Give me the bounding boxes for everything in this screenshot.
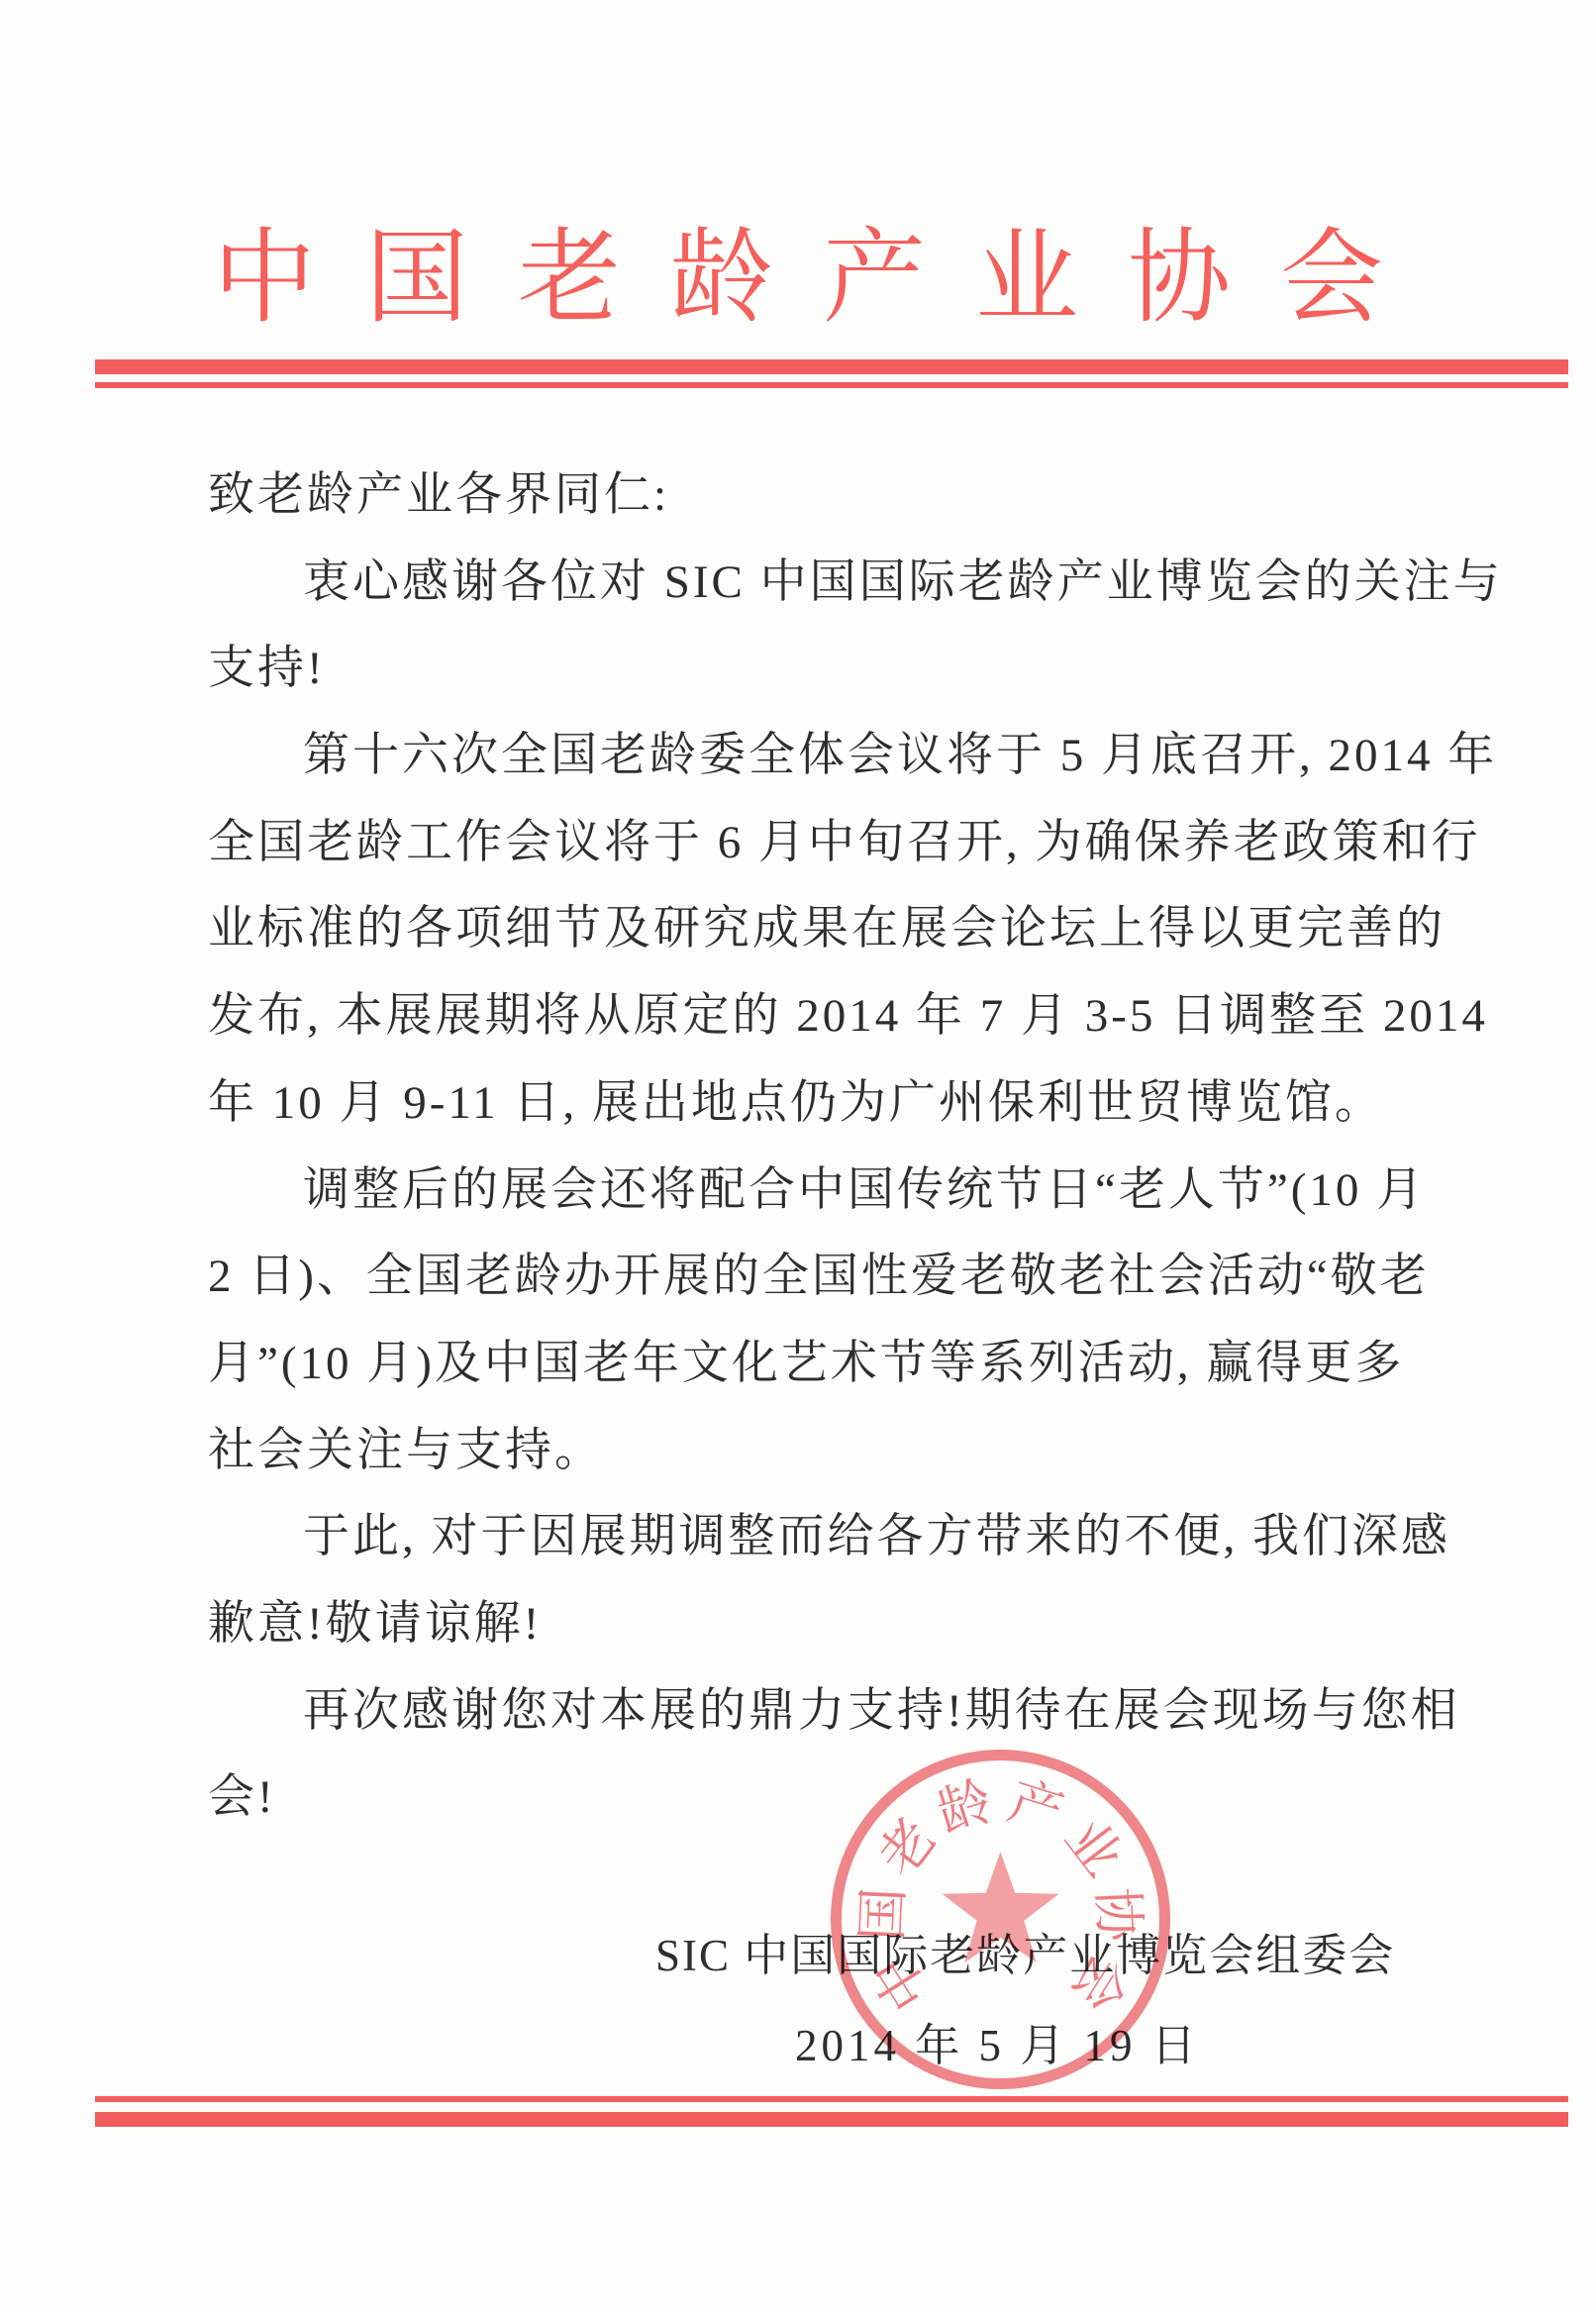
body-line: 再次感谢您对本展的鼎力支持!期待在展会现场与您相 <box>208 1668 1465 1756</box>
body-line: 调整后的展会还将配合中国传统节日“老人节”(10 月 <box>208 1148 1465 1235</box>
bottom-rule-thin <box>95 2096 1568 2102</box>
body-line: 业标准的各项细节及研究成果在展会论坛上得以更完善的 <box>208 886 1465 973</box>
body-line: 年 10 月 9-11 日, 展出地点仍为广州保利世贸博览馆。 <box>208 1060 1465 1148</box>
letterhead-title: 中国老龄产业协会 <box>0 194 1596 343</box>
letter-body: 致老龄产业各界同仁: 衷心感谢各位对 SIC 中国国际老龄产业博览会的关注与 支… <box>208 452 1465 1842</box>
body-line: 社会关注与支持。 <box>208 1408 1465 1495</box>
top-rule-thick <box>95 359 1568 374</box>
letter-page: 中国老龄产业协会 致老龄产业各界同仁: 衷心感谢各位对 SIC 中国国际老龄产业… <box>0 0 1596 2312</box>
body-line: 月”(10 月)及中国老年文化艺术节等系列活动, 赢得更多 <box>208 1321 1465 1408</box>
body-line: 支持! <box>208 626 1465 713</box>
top-rule-thin <box>95 382 1568 388</box>
body-line: 衷心感谢各位对 SIC 中国国际老龄产业博览会的关注与 <box>208 540 1465 627</box>
body-line: 2 日)、全国老龄办开展的全国性爱老敬老社会活动“敬老 <box>208 1234 1465 1321</box>
body-line: 会! <box>208 1755 1465 1842</box>
signature-date: 2014 年 5 月 19 日 <box>795 2016 1200 2075</box>
body-line: 第十六次全国老龄委全体会议将于 5 月底召开, 2014 年 <box>208 713 1465 800</box>
bottom-rule-thick <box>95 2112 1568 2127</box>
body-line: 歉意!敬请谅解! <box>208 1581 1465 1668</box>
body-line: 全国老龄工作会议将于 6 月中旬召开, 为确保养老政策和行 <box>208 800 1465 887</box>
signature-committee: SIC 中国国际老龄产业博览会组委会 <box>655 1926 1395 1985</box>
body-line: 发布, 本展展期将从原定的 2014 年 7 月 3-5 日调整至 2014 <box>208 973 1465 1060</box>
body-line: 于此, 对于因展期调整而给各方带来的不便, 我们深感 <box>208 1494 1465 1581</box>
salutation-line: 致老龄产业各界同仁: <box>208 452 1465 540</box>
